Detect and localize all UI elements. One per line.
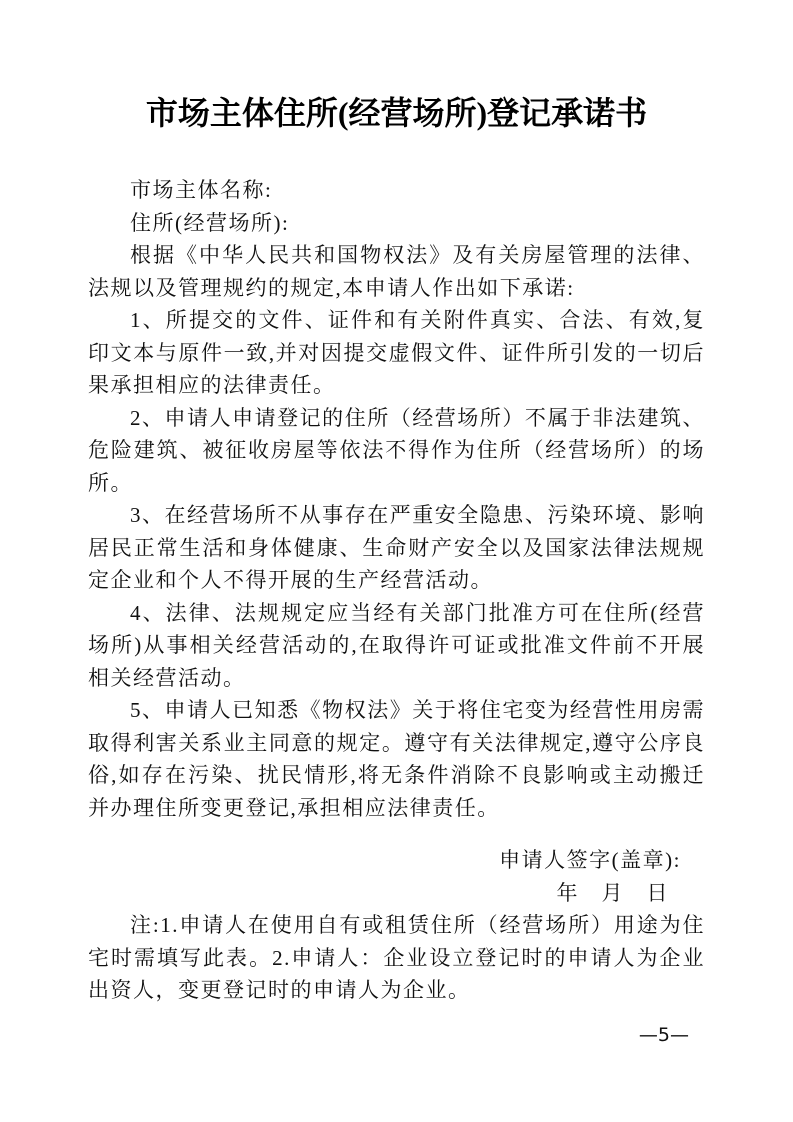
- entity-name-field-label: 市场主体名称:: [88, 174, 705, 207]
- document-title: 市场主体住所(经营场所)登记承诺书: [88, 92, 705, 134]
- note-paragraph: 注:1.申请人在使用自有或租赁住所（经营场所）用途为住宅时需填写此表。2.申请人…: [88, 909, 705, 1007]
- address-field-label: 住所(经营场所):: [88, 207, 705, 240]
- page-content: 市场主体住所(经营场所)登记承诺书 市场主体名称: 住所(经营场所): 根据《中…: [0, 0, 793, 1007]
- signature-block: 申请人签字(盖章): 年 月 日: [88, 844, 705, 909]
- document-page: { "document": { "title": "市场主体住所(经营场所)登记…: [0, 0, 793, 1122]
- commitment-item-3: 3、在经营场所不从事存在严重安全隐患、污染环境、影响居民正常生活和身体健康、生命…: [88, 499, 705, 597]
- commitment-item-2: 2、申请人申请登记的住所（经营场所）不属于非法建筑、危险建筑、被征收房屋等依法不…: [88, 402, 705, 500]
- commitment-letter-page: 市场主体住所(经营场所)登记承诺书 市场主体名称: 住所(经营场所): 根据《中…: [0, 0, 793, 1122]
- page-number: —5—: [639, 1024, 689, 1046]
- applicant-signature-label: 申请人签字(盖章):: [88, 844, 705, 877]
- commitment-item-1: 1、所提交的文件、证件和有关附件真实、合法、有效,复印文本与原件一致,并对因提交…: [88, 304, 705, 402]
- commitment-item-5: 5、申请人已知悉《物权法》关于将住宅变为经营性用房需取得利害关系业主同意的规定。…: [88, 694, 705, 824]
- commitment-item-4: 4、法律、法规规定应当经有关部门批准方可在住所(经营场所)从事相关经营活动的,在…: [88, 597, 705, 695]
- date-line: 年 月 日: [88, 877, 705, 910]
- intro-paragraph: 根据《中华人民共和国物权法》及有关房屋管理的法律、法规以及管理规约的规定,本申请…: [88, 239, 705, 304]
